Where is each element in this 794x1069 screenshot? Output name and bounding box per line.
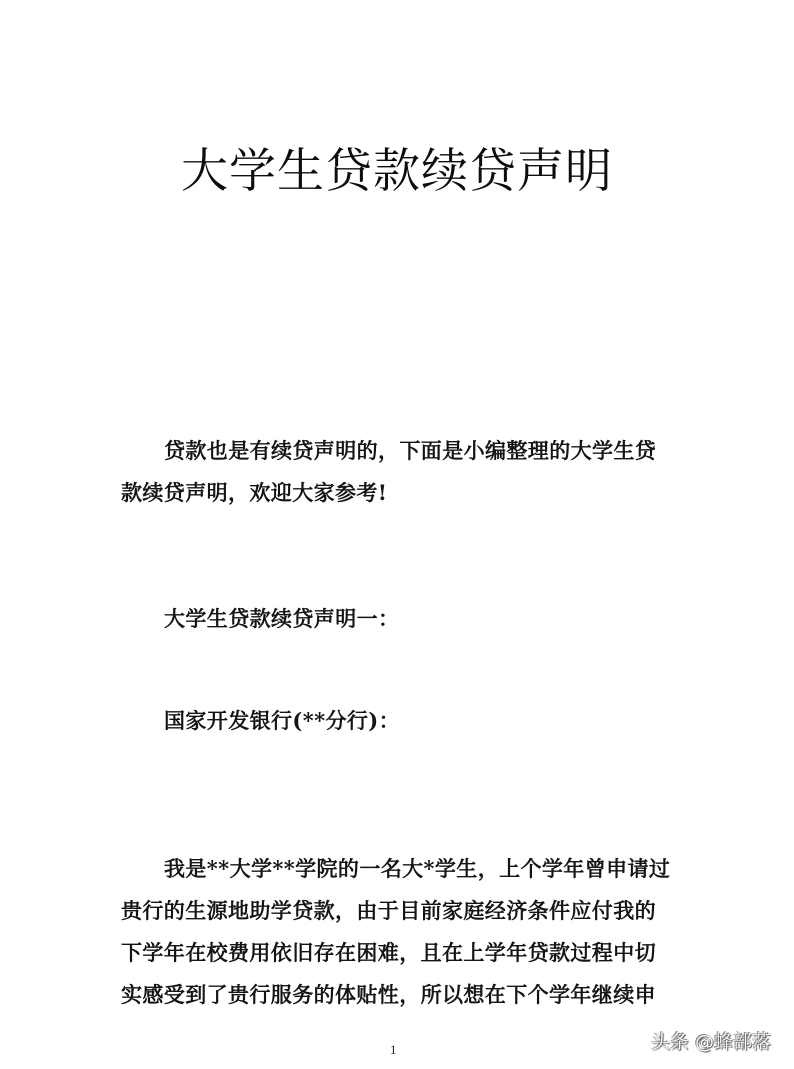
document-page: 大学生贷款续贷声明 贷款也是有续贷声明的，下面是小编整理的大学生贷 款续贷声明，… [0,0,794,1069]
body-line: 下学年在校费用依旧存在困难，且在上学年贷款过程中切 [121,932,671,974]
intro-paragraph: 贷款也是有续贷声明的，下面是小编整理的大学生贷 款续贷声明，欢迎大家参考! [121,430,671,514]
addressee-line: 国家开发银行(**分行)： [121,700,671,742]
section-heading-text: 大学生贷款续贷声明一： [121,598,671,640]
page-number: 1 [390,1042,397,1058]
body-line: 我是**大学**学院的一名大*学生，上个学年曾申请过 [121,848,671,890]
body-paragraph: 我是**大学**学院的一名大*学生，上个学年曾申请过 贵行的生源地助学贷款，由于… [121,848,671,1016]
addressee-text: 国家开发银行(**分行)： [121,700,671,742]
section-heading: 大学生贷款续贷声明一： [121,598,671,640]
body-line: 贵行的生源地助学贷款，由于目前家庭经济条件应付我的 [121,890,671,932]
document-title: 大学生贷款续贷声明 [0,142,794,202]
intro-line: 贷款也是有续贷声明的，下面是小编整理的大学生贷 [121,430,671,472]
watermark: 头条 @蜂部落 [651,1030,771,1054]
intro-line: 款续贷声明，欢迎大家参考! [121,472,671,514]
body-line: 实感受到了贵行服务的体贴性，所以想在下个学年继续申 [121,974,671,1016]
